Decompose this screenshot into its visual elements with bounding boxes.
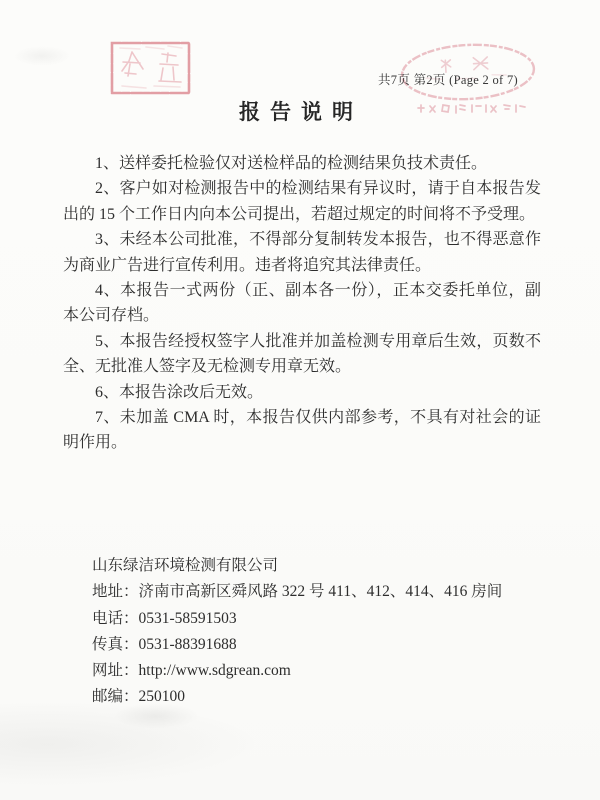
postcode-value: 250100	[139, 688, 186, 705]
page-number-info: 共7页 第2页 (Page 2 of 7)	[378, 70, 518, 88]
note-item-4: 4、本报告一式两份（正、副本各一份），正本交委托单位，副本公司存档。	[63, 278, 541, 329]
report-notes: 1、送样委托检验仅对送检样品的检测结果负技术责任。 2、客户如对检测报告中的检测…	[63, 151, 541, 456]
fax-value: 0531-88391688	[139, 636, 237, 653]
note-item-3: 3、未经本公司批准，不得部分复制转发本报告，也不得恶意作为商业广告进行宣传利用。…	[63, 227, 541, 278]
phone-label: 电话：	[92, 610, 139, 627]
note-item-6: 6、本报告涂改后无效。	[63, 380, 541, 405]
website-label: 网址：	[92, 662, 139, 679]
company-contact-block: 山东绿洁环境检测有限公司 地址：济南市高新区舜风路 322 号 411、412、…	[92, 553, 552, 711]
phone-value: 0531-58591503	[139, 610, 237, 627]
note-item-7: 7、未加盖 CMA 时，本报告仅供内部参考，不具有对社会的证明作用。	[63, 405, 541, 456]
page-title: 报告说明	[0, 96, 592, 126]
address-value: 济南市高新区舜风路 322 号 411、412、414、416 房间	[139, 583, 503, 600]
address-label: 地址：	[92, 583, 139, 600]
scanned-report-page: 共7页 第2页 (Page 2 of 7) 报告说明 1、送样委托检验仅对送检样…	[0, 0, 600, 800]
note-item-1: 1、送样委托检验仅对送检样品的检测结果负技术责任。	[63, 151, 541, 176]
postcode-row: 邮编：250100	[92, 684, 552, 710]
fax-row: 传真：0531-88391688	[92, 632, 552, 658]
address-row: 地址：济南市高新区舜风路 322 号 411、412、414、416 房间	[92, 579, 552, 605]
website-row: 网址：http://www.sdgrean.com	[92, 658, 552, 684]
fax-label: 传真：	[92, 636, 139, 653]
rect-approval-stamp-icon	[110, 40, 194, 98]
phone-row: 电话：0531-58591503	[92, 606, 552, 632]
postcode-label: 邮编：	[92, 688, 139, 705]
note-item-2: 2、客户如对检测报告中的检测结果有异议时，请于自本报告发出的 15 个工作日内向…	[63, 176, 541, 227]
company-name: 山东绿洁环境检测有限公司	[92, 553, 552, 579]
website-value: http://www.sdgrean.com	[139, 662, 291, 679]
note-item-5: 5、本报告经授权签字人批准并加盖检测专用章后生效，页数不全、无批准人签字及无检测…	[63, 329, 541, 380]
